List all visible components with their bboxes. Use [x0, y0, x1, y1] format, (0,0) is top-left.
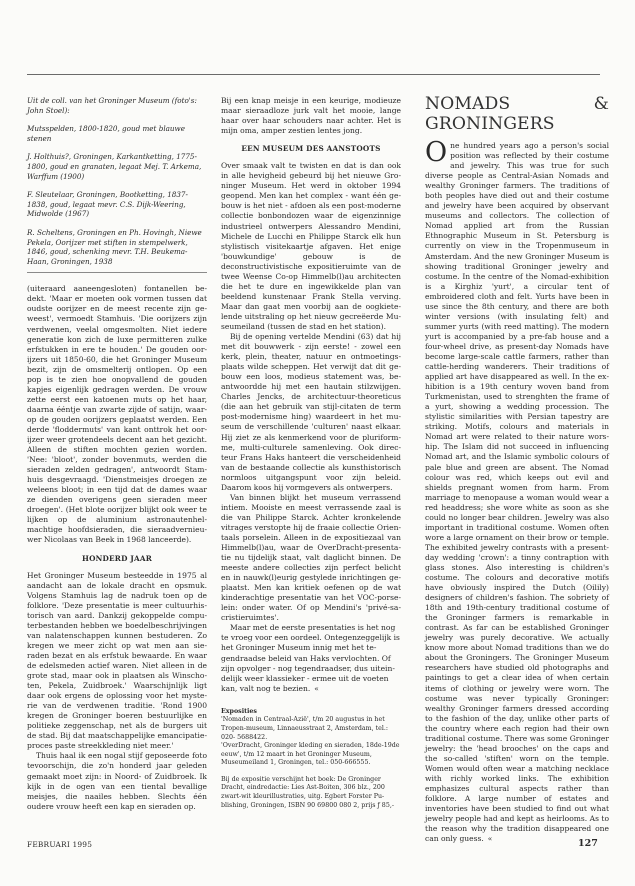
- caption-item: F. Sleutelaar, Groningen, Bootketting, 1…: [27, 190, 207, 219]
- book-note: Bij de expositie verschijnt het boek: De…: [221, 776, 401, 810]
- body-paragraph: (uiteraard aaneengesloten) fontanellen b…: [27, 284, 207, 545]
- left-column: Uit de coll. van het Groninger Museum (f…: [27, 96, 207, 812]
- body-paragraph: Maar met de eerste presentaties is het n…: [221, 623, 401, 693]
- photo-captions: Uit de coll. van het Groninger Museum (f…: [27, 96, 207, 266]
- notes-title: Exposities: [221, 708, 401, 717]
- body-paragraph: Thuis haal ik een nogal stijf geposeerde…: [27, 751, 207, 811]
- body-paragraph: Over smaak valt te twisten en dat is dan…: [221, 161, 401, 332]
- issue-date: FEBRUARI 1995: [27, 840, 92, 849]
- paragraph-text: Maar met de eerste presentaties is het n…: [221, 623, 400, 692]
- body-paragraph: Bij een knap meisje in een keurige, modi…: [221, 96, 401, 136]
- page-number: 127: [578, 838, 598, 849]
- caption-item: Mutsspelden, 1800-1820, goud met blauwe …: [27, 124, 207, 143]
- paragraph-text: ne hundred years ago a person's social p…: [425, 141, 609, 843]
- notes-line: 'OverDracht, Groninger kleding en sierad…: [221, 742, 401, 768]
- right-column: NOMADS & GRONINGERS One hundred years ag…: [425, 96, 609, 844]
- notes-line: 'Nomaden in Centraal-Azië', t/m 20 augus…: [221, 716, 401, 742]
- caption-divider: [27, 272, 207, 273]
- middle-column: Bij een knap meisje in een keurige, modi…: [221, 96, 401, 810]
- exhibition-notes: Exposities 'Nomaden in Centraal-Azië', t…: [221, 708, 401, 811]
- body-paragraph: Het Groninger Museum besteedde in 1975 a…: [27, 571, 207, 752]
- header-rule: [27, 74, 600, 75]
- body-paragraph: Van binnen blijkt het museum verrassend …: [221, 493, 401, 624]
- end-of-article-mark: «: [488, 834, 493, 843]
- body-paragraph: Bij de opening vertelde Mendini (63) dat…: [221, 332, 401, 493]
- end-of-article-mark: «: [314, 684, 319, 693]
- article-title: NOMADS & GRONINGERS: [425, 94, 609, 134]
- section-heading: HONDERD JAAR: [27, 554, 207, 564]
- caption-item: R. Scheltens, Groningen en Ph. Hovingh, …: [27, 228, 207, 266]
- body-paragraph: One hundred years ago a person's social …: [425, 141, 609, 844]
- drop-cap: O: [425, 142, 447, 163]
- caption-item: J. Holthuis?, Groningen, Karkantketting,…: [27, 152, 207, 181]
- section-heading: EEN MUSEUM DES AANSTOOTS: [221, 144, 401, 154]
- caption-credit: Uit de coll. van het Groninger Museum (f…: [27, 96, 207, 115]
